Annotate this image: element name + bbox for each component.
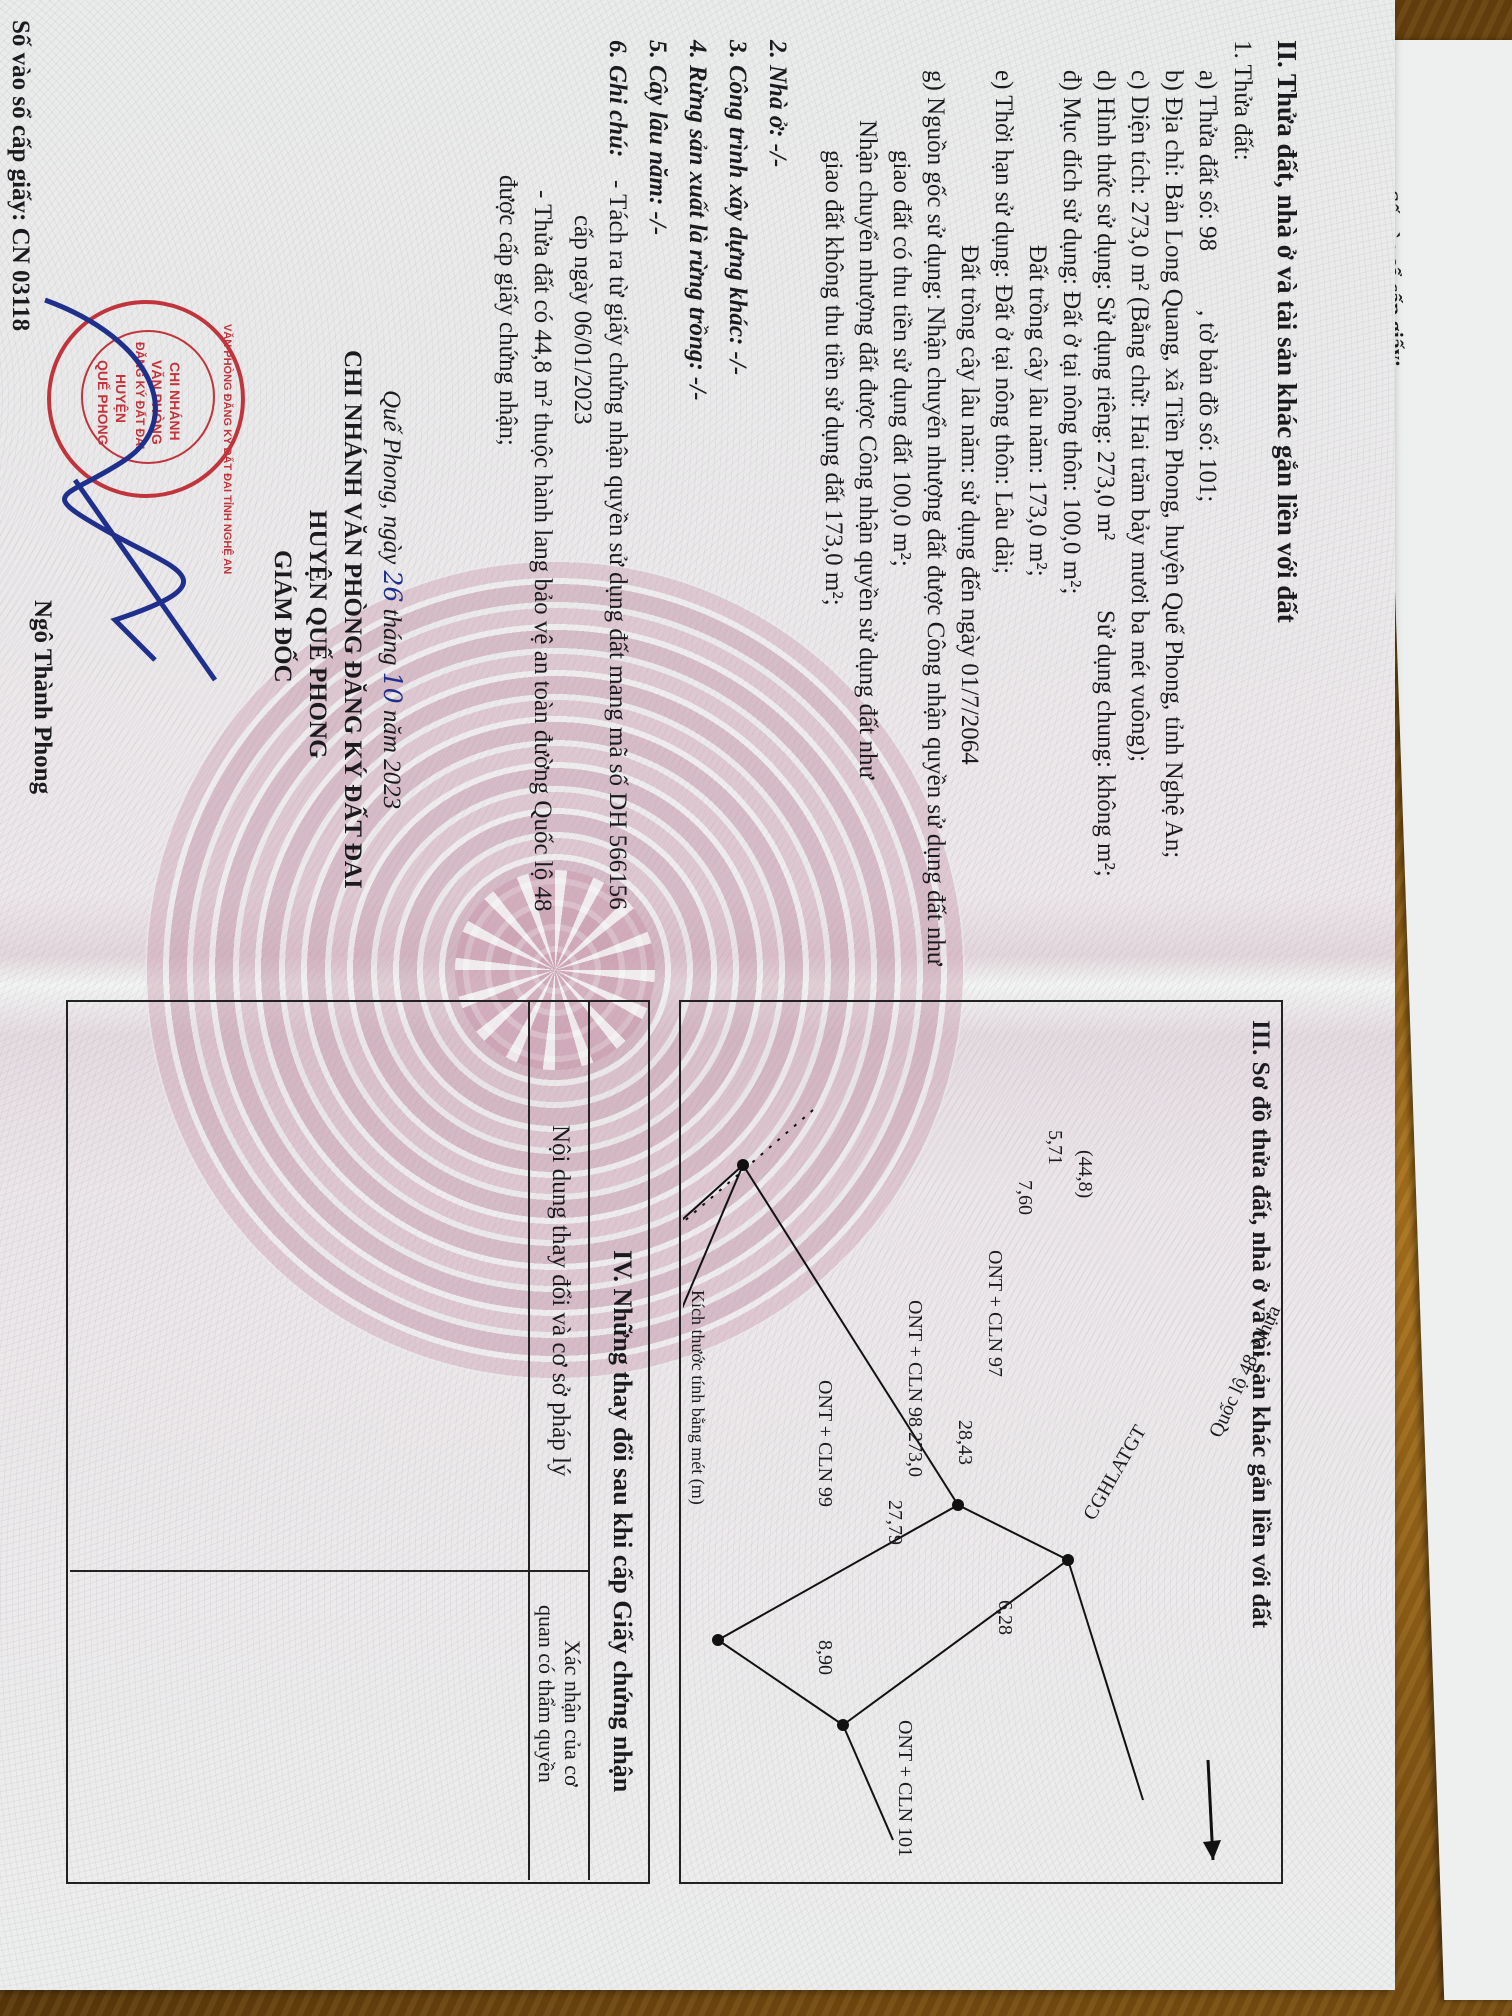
parcel-97-use: ONT + CLN [984, 1250, 1006, 1352]
usage-origin-line3: Nhận chuyển nhượng đất được Công nhận qu… [855, 120, 880, 779]
north-arrow-icon [1203, 1840, 1221, 1860]
parcel-99-number: 99 [814, 1487, 836, 1507]
usage-form: d) Hình thức sử dụng: Sử dụng riêng: 273… [1093, 70, 1118, 540]
parcel-101-use: ONT + CLN [894, 1720, 916, 1822]
parcel-area: c) Diện tích: 273,0 m² (Bằng chữ: Hai tr… [1127, 70, 1152, 762]
parcel-97-number: 97 [984, 1357, 1006, 1377]
note-line-1: - Tách ra từ giấy chứng nhận quyền sử dụ… [605, 180, 630, 910]
parcel-address: b) Địa chỉ: Bản Long Quang, xã Tiền Phon… [1161, 70, 1186, 858]
note-line-4: được cấp giấy chứng nhận; [495, 175, 520, 446]
corridor-area: (44,8) [1075, 1150, 1095, 1198]
parcel-99-label: ONT + CLN 99 [815, 1380, 835, 1507]
month-label: tháng [378, 609, 405, 666]
parcel-98-label: ONT + CLN 98 273,0 [905, 1300, 925, 1477]
day-handwritten: 26 [378, 571, 407, 603]
usage-term: e) Thời hạn sử dụng: Đất ở tại nông thôn… [991, 70, 1016, 574]
dim-front: 7,60 [1015, 1180, 1035, 1215]
changes-table-title-divider [588, 1000, 590, 1880]
dim-left-side: 28,43 [955, 1420, 975, 1465]
parcel-98-use: ONT + CLN [904, 1300, 926, 1402]
parcel-99-use: ONT + CLN [814, 1380, 836, 1482]
usage-purpose-perennial: Đất trồng cây lâu năm: 173,0 m²; [1025, 245, 1050, 577]
land-certificate-spread: II. Thửa đất, nhà ở và tài sản khác gắn … [0, 0, 1395, 1990]
forest-item: 4. Rừng sản xuất là rừng trồng: -/- [685, 40, 710, 401]
changes-col-content: Nội dung thay đổi và cơ sở pháp lý [548, 1125, 573, 1476]
usage-origin-line4: giao đất không thu tiền sử dụng đất 173,… [821, 150, 846, 606]
note-line-3: - Thửa đất có 44,8 m² thuộc hành lang bả… [530, 190, 555, 912]
other-works-item: 3. Công trình xây dựng khác: -/- [725, 40, 750, 375]
issuing-org-line2: HUYỆN QUẾ PHONG [305, 510, 330, 759]
register-number: Số vào sổ cấp giấy: CN 03118 [8, 20, 33, 331]
parcel-97-label: ONT + CLN 97 [985, 1250, 1005, 1377]
notes-label: 6. Ghi chú: [605, 40, 630, 157]
parcel-number: a) Thửa đất số: 98 [1195, 70, 1220, 251]
dim-corridor-left: 5,71 [1045, 1130, 1065, 1165]
second-certificate-page: Số vào sổ cấp giấy: [1376, 40, 1512, 2000]
section-iv-title: IV. Những thay đổi sau khi cấp Giấy chứn… [609, 1250, 635, 1792]
changes-table-header-divider [528, 1000, 530, 1880]
unit-note: Kích thước tính bằng mét (m) [689, 1290, 707, 1505]
issuing-org-line1: CHI NHÁNH VĂN PHÒNG ĐĂNG KÝ ĐẤT ĐAI [340, 350, 365, 889]
house-item: 2. Nhà ở: -/- [765, 40, 790, 167]
year-label: năm 2023 [378, 710, 405, 809]
perennial-item: 5. Cây lâu năm: -/- [645, 40, 670, 235]
parcel-98-area: 273,0 [904, 1432, 926, 1477]
usage-shared: Sử dụng chung: không m²; [1093, 610, 1118, 877]
dim-corridor-right: 6,28 [995, 1600, 1015, 1635]
signer-name: Ngô Thành Phong [30, 600, 55, 794]
place-date-prefix: Quế Phong, ngày [378, 390, 405, 564]
sign-place-date: Quế Phong, ngày 26 tháng 10 năm 2023 [379, 390, 405, 809]
usage-origin: g) Nguồn gốc sử dụng: Nhận chuyển nhượng… [923, 70, 948, 965]
parcel-heading: 1. Thửa đất: [1230, 40, 1255, 161]
usage-purpose: đ) Mục đích sử dụng: Đất ở tại nông thôn… [1059, 70, 1084, 595]
dim-right-side: 27,79 [885, 1500, 905, 1545]
changes-col-confirmation-1: Xác nhận của cơ [561, 1640, 583, 1787]
parcel-98-number: 98 [904, 1407, 926, 1427]
note-line-2: cấp ngày 06/01/2023 [570, 215, 595, 425]
dim-back: 8,90 [815, 1640, 835, 1675]
usage-origin-line2: giao đất có thu tiền sử dụng đất 100,0 m… [889, 150, 914, 567]
parcel-diagram [683, 1000, 1283, 1880]
parcel-101-label: ONT + CLN 101 [895, 1720, 915, 1857]
parcel-101-number: 101 [894, 1827, 916, 1857]
map-sheet-number: , tờ bản đồ số: 101; [1195, 310, 1220, 502]
month-handwritten: 10 [378, 672, 407, 704]
changes-table-column-divider [70, 1570, 590, 1572]
section-ii-title: II. Thửa đất, nhà ở và tài sản khác gắn … [1273, 40, 1300, 623]
changes-col-confirmation-2: quan có thẩm quyền [535, 1605, 557, 1783]
usage-term-perennial: Đất trồng cây lâu năm: sử dụng đến ngày … [957, 245, 982, 765]
